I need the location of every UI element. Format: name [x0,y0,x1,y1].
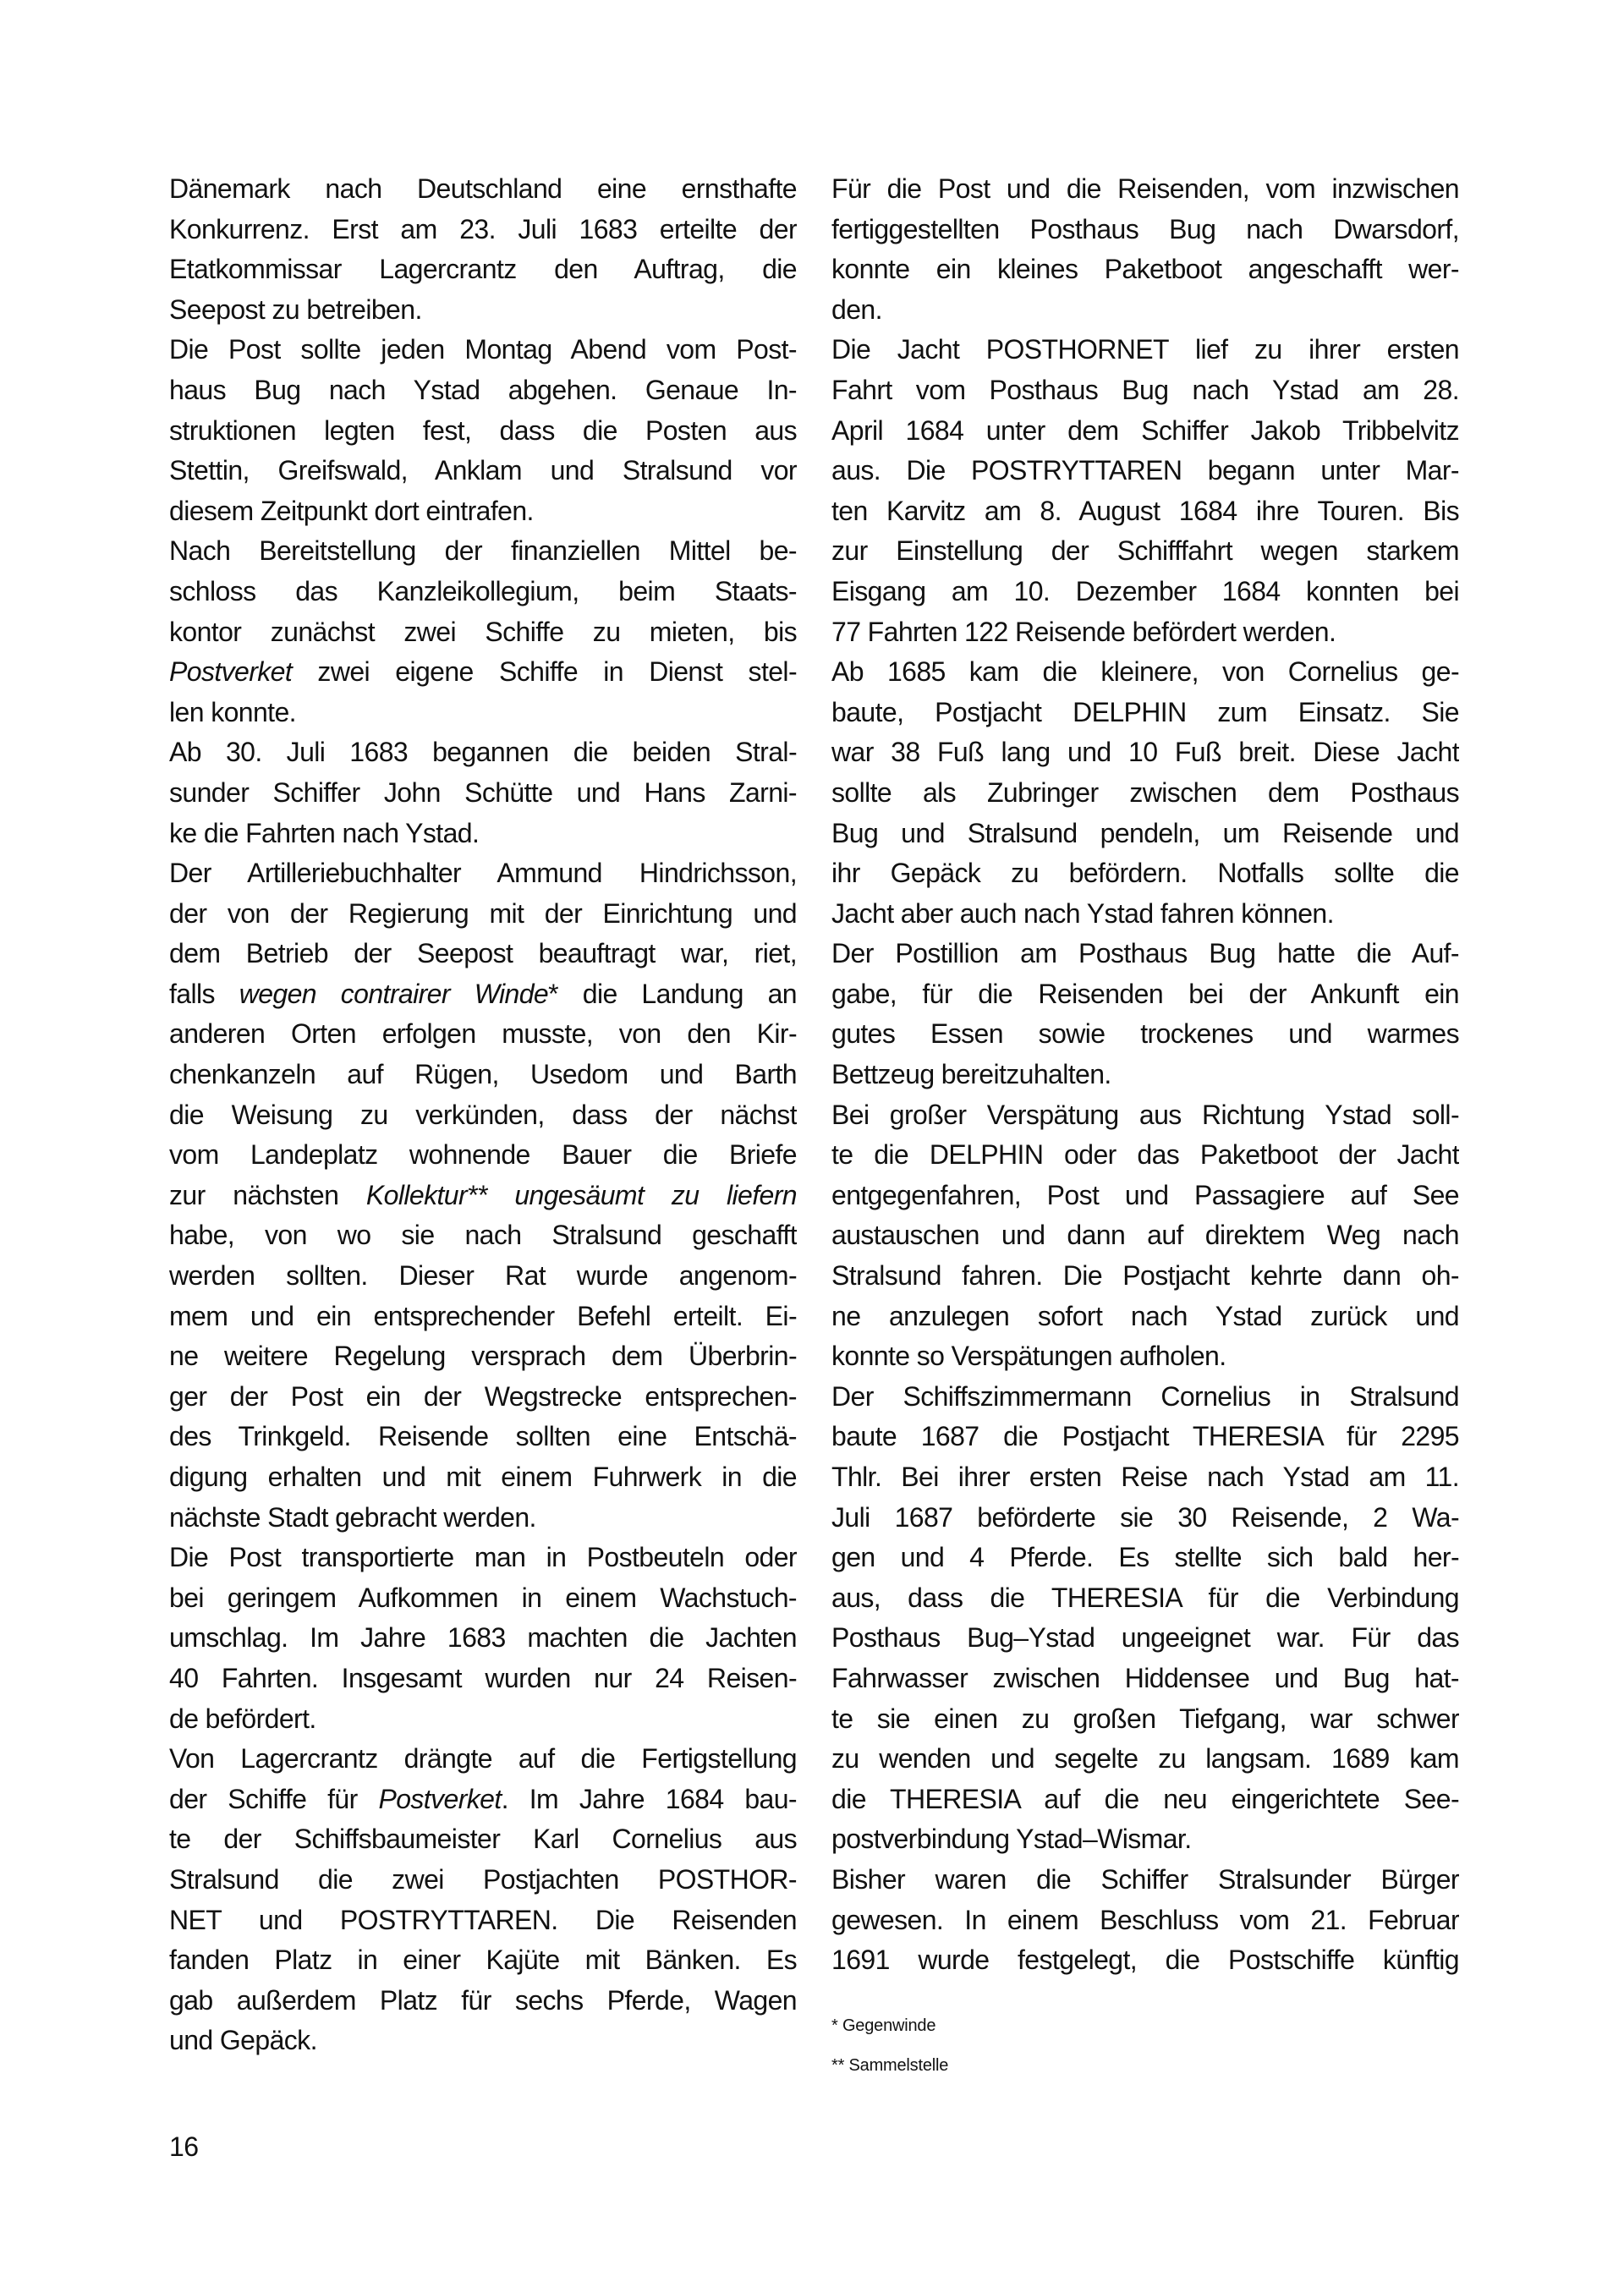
text-line: Die Jacht POSTHORNET lief zu ihrer erste… [831,330,1459,370]
text-line: gab außerdem Platz für sechs Pferde, Wag… [169,1981,797,2021]
text-line: fanden Platz in einer Kajüte mit Bänken.… [169,1940,797,1981]
text-line: und Gepäck. [169,2021,797,2061]
text-span: falls [169,979,239,1009]
text-line: Die Post sollte jeden Montag Abend vom P… [169,330,797,370]
text-line: de befördert. [169,1699,797,1740]
text-line: te der Schiffsbaumeister Karl Cornelius … [169,1819,797,1860]
text-line: chenkanzeln auf Rügen, Usedom und Barth [169,1055,797,1095]
text-line: Posthaus Bug–Ystad ungeeignet war. Für d… [831,1618,1459,1659]
text-line: des Trinkgeld. Reisende sollten eine Ent… [169,1417,797,1457]
text-line: gewesen. In einem Beschluss vom 21. Febr… [831,1901,1459,1941]
text-line: Bettzeug bereitzuhalten. [831,1055,1459,1095]
text-line: te sie einen zu großen Tiefgang, war sch… [831,1699,1459,1740]
text-line: Seepost zu betreiben. [169,290,797,331]
text-line: schloss das Kanzleikollegium, beim Staat… [169,572,797,612]
text-line: falls wegen contrairer Winde* die Landun… [169,974,797,1015]
text-line: zu wenden und segelte zu langsam. 1689 k… [831,1739,1459,1780]
text-line: Postverket zwei eigene Schiffe in Dienst… [169,652,797,693]
text-line: Der Schiffszimmermann Cornelius in Stral… [831,1377,1459,1418]
text-line: Konkurrenz. Erst am 23. Juli 1683 erteil… [169,210,797,250]
text-line: haus Bug nach Ystad abgehen. Genaue In- [169,370,797,411]
text-line: nächste Stadt gebracht werden. [169,1498,797,1539]
text-line: Bug und Stralsund pendeln, um Reisende u… [831,814,1459,854]
text-line: anderen Orten erfolgen musste, von den K… [169,1014,797,1055]
text-line: bei geringem Aufkommen in einem Wachstuc… [169,1578,797,1619]
text-line: aus. Die POSTRYTTAREN begann unter Mar- [831,451,1459,491]
text-line: Etatkommissar Lagercrantz den Auftrag, d… [169,250,797,290]
footnotes: * Gegenwinde ** Sammelstelle [831,2006,948,2086]
text-span: der Schiffe für [169,1784,378,1814]
text-line: fertiggestellten Posthaus Bug nach Dwars… [831,210,1459,250]
text-line: vom Landeplatz wohnende Bauer die Briefe [169,1135,797,1176]
text-line: Jacht aber auch nach Ystad fahren können… [831,894,1459,935]
text-line: konnte so Verspätungen aufholen. [831,1336,1459,1377]
text-line: baute, Postjacht DELPHIN zum Einsatz. Si… [831,693,1459,733]
right-text-column: Für die Post und die Reisenden, vom inzw… [831,169,1459,1981]
text-line: war 38 Fuß lang und 10 Fuß breit. Diese … [831,732,1459,773]
text-line: Nach Bereitstellung der finanziellen Mit… [169,531,797,572]
text-line: baute 1687 die Postjacht THERESIA für 22… [831,1417,1459,1457]
text-line: mem und ein entsprechender Befehl erteil… [169,1297,797,1337]
italic-text: Postverket [378,1784,501,1814]
text-line: dem Betrieb der Seepost beauftragt war, … [169,934,797,974]
text-line: Thlr. Bei ihrer ersten Reise nach Ystad … [831,1457,1459,1498]
italic-text: Postverket [169,656,292,687]
text-line: der Schiffe für Postverket. Im Jahre 168… [169,1780,797,1820]
text-line: diesem Zeitpunkt dort eintrafen. [169,491,797,532]
text-line: Eisgang am 10. Dezember 1684 konnten bei [831,572,1459,612]
text-line: 40 Fahrten. Insgesamt wurden nur 24 Reis… [169,1659,797,1699]
text-line: ihr Gepäck zu befördern. Notfalls sollte… [831,853,1459,894]
text-line: die THERESIA auf die neu eingerichtete S… [831,1780,1459,1820]
italic-text: Kollektur** ungesäumt zu liefern [366,1180,797,1210]
text-line: entgegenfahren, Post und Passagiere auf … [831,1176,1459,1216]
text-line: gabe, für die Reisenden bei der Ankunft … [831,974,1459,1015]
text-line: zur nächsten Kollektur** ungesäumt zu li… [169,1176,797,1216]
text-line: NET und POSTRYTTAREN. Die Reisenden [169,1901,797,1941]
text-line: Der Artilleriebuchhalter Ammund Hindrich… [169,853,797,894]
text-line: gutes Essen sowie trockenes und warmes [831,1014,1459,1055]
text-line: Für die Post und die Reisenden, vom inzw… [831,169,1459,210]
text-line: Ab 1685 kam die kleinere, von Cornelius … [831,652,1459,693]
text-line: sollte als Zubringer zwischen dem Postha… [831,773,1459,814]
text-line: digung erhalten und mit einem Fuhrwerk i… [169,1457,797,1498]
text-line: konnte ein kleines Paketboot angeschafft… [831,250,1459,290]
text-line: der von der Regierung mit der Einrichtun… [169,894,797,935]
text-line: Von Lagercrantz drängte auf die Fertigst… [169,1739,797,1780]
text-line: umschlag. Im Jahre 1683 machten die Jach… [169,1618,797,1659]
text-line: postverbindung Ystad–Wismar. [831,1819,1459,1860]
text-line: te die DELPHIN oder das Paketboot der Ja… [831,1135,1459,1176]
text-line: austauschen und dann auf direktem Weg na… [831,1215,1459,1256]
text-line: Ab 30. Juli 1683 begannen die beiden Str… [169,732,797,773]
left-text-column: Dänemark nach Deutschland eine ernsthaft… [169,169,797,2061]
text-line: Bei großer Verspätung aus Richtung Ystad… [831,1095,1459,1136]
text-line: ger der Post ein der Wegstrecke entsprec… [169,1377,797,1418]
page-number: 16 [169,2131,198,2163]
text-line: gen und 4 Pferde. Es stellte sich bald h… [831,1538,1459,1578]
text-line: Stralsund fahren. Die Postjacht kehrte d… [831,1256,1459,1297]
text-line: den. [831,290,1459,331]
text-line: len konnte. [169,693,797,733]
text-line: ten Karvitz am 8. August 1684 ihre Toure… [831,491,1459,532]
text-line: werden sollten. Dieser Rat wurde angenom… [169,1256,797,1297]
footnote-1: * Gegenwinde [831,2006,948,2046]
text-line: Fahrwasser zwischen Hiddensee und Bug ha… [831,1659,1459,1699]
text-line: struktionen legten fest, dass die Posten… [169,411,797,452]
text-span: * die Landung an [548,979,797,1009]
text-line: 1691 wurde festgelegt, die Postschiffe k… [831,1940,1459,1981]
text-line: Der Postillion am Posthaus Bug hatte die… [831,934,1459,974]
text-line: habe, von wo sie nach Stralsund geschaff… [169,1215,797,1256]
text-span: . Im Jahre 1684 bau- [502,1784,797,1814]
text-line: Fahrt vom Posthaus Bug nach Ystad am 28. [831,370,1459,411]
text-line: April 1684 unter dem Schiffer Jakob Trib… [831,411,1459,452]
text-line: Die Post transportierte man in Postbeute… [169,1538,797,1578]
text-line: zur Einstellung der Schifffahrt wegen st… [831,531,1459,572]
text-line: die Weisung zu verkünden, dass der nächs… [169,1095,797,1136]
text-line: Bisher waren die Schiffer Stralsunder Bü… [831,1860,1459,1901]
text-line: Dänemark nach Deutschland eine ernsthaft… [169,169,797,210]
text-line: Stettin, Greifswald, Anklam und Stralsun… [169,451,797,491]
text-line: Stralsund die zwei Postjachten POSTHOR- [169,1860,797,1901]
text-line: 77 Fahrten 122 Reisende befördert werden… [831,612,1459,653]
text-line: ke die Fahrten nach Ystad. [169,814,797,854]
text-span: zwei eigene Schiffe in Dienst stel- [292,656,797,687]
footnote-2: ** Sammelstelle [831,2046,948,2086]
text-line: kontor zunächst zwei Schiffe zu mieten, … [169,612,797,653]
text-line: ne weitere Regelung versprach dem Überbr… [169,1336,797,1377]
text-span: zur nächsten [169,1180,366,1210]
italic-text: wegen contrairer Winde [239,979,548,1009]
text-line: sunder Schiffer John Schütte und Hans Za… [169,773,797,814]
text-line: ne anzulegen sofort nach Ystad zurück un… [831,1297,1459,1337]
text-line: aus, dass die THERESIA für die Verbindun… [831,1578,1459,1619]
text-line: Juli 1687 beförderte sie 30 Reisende, 2 … [831,1498,1459,1539]
